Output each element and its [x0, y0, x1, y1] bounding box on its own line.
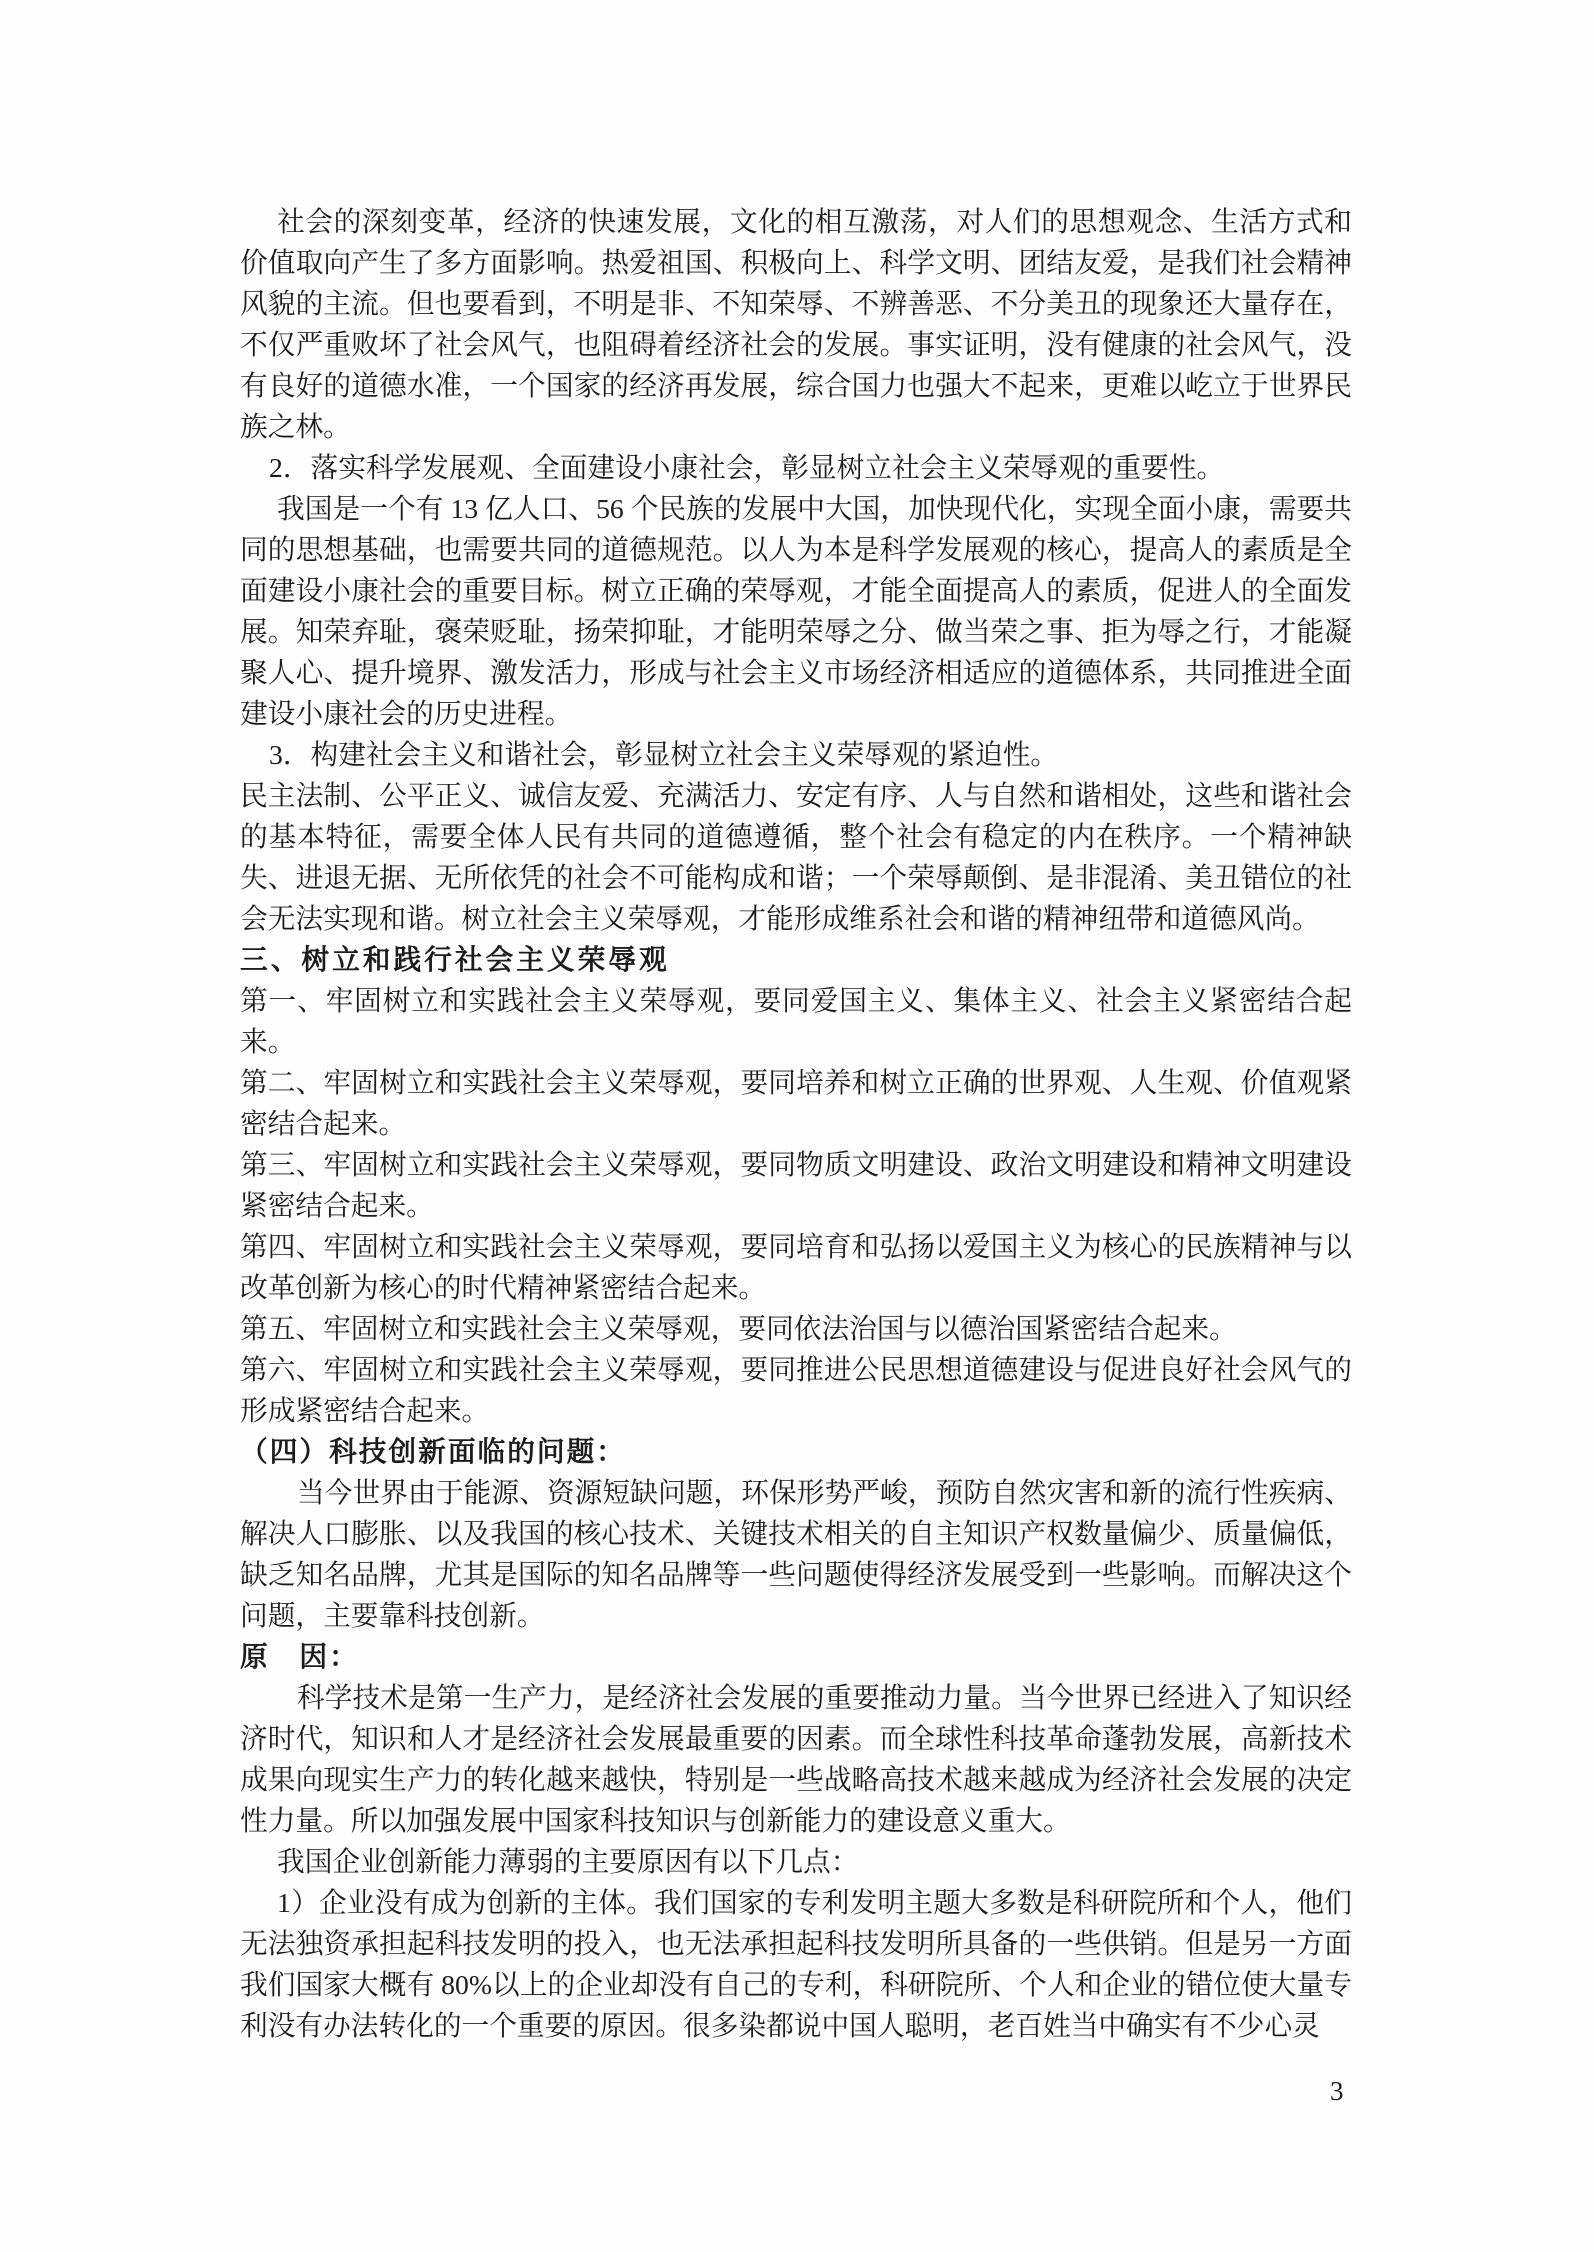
paragraph-sixth: 第六、牢固树立和实践社会主义荣辱观，要同推进公民思想道德建设与促进良好社会风气的…	[240, 1349, 1352, 1431]
paragraph-harmonious-society: 民主法制、公平正义、诚信友爱、充满活力、安定有序、人与自然和谐相处，这些和谐社会…	[240, 775, 1352, 939]
document-body: 社会的深刻变革，经济的快速发展，文化的相互激荡，对人们的思想观念、生活方式和价值…	[240, 201, 1352, 2046]
paragraph-science-first-productivity: 科学技术是第一生产力，是经济社会发展的重要推动力量。当今世界已经进入了知识经济时…	[240, 1677, 1352, 1841]
paragraph-third: 第三、牢固树立和实践社会主义荣辱观，要同物质文明建设、政治文明建设和精神文明建设…	[240, 1144, 1352, 1226]
paragraph-xiaokang: 我国是一个有 13 亿人口、56 个民族的发展中大国，加快现代化，实现全面小康，…	[240, 488, 1352, 734]
item-2-heading: 2．落实科学发展观、全面建设小康社会，彰显树立社会主义荣辱观的重要性。	[240, 447, 1352, 488]
item-3-heading: 3．构建社会主义和谐社会，彰显树立社会主义荣辱观的紧迫性。	[240, 734, 1352, 775]
paragraph-first: 第一、牢固树立和实践社会主义荣辱观，要同爱国主义、集体主义、社会主义紧密结合起来…	[240, 980, 1352, 1062]
paragraph-social-change: 社会的深刻变革，经济的快速发展，文化的相互激荡，对人们的思想观念、生活方式和价值…	[240, 201, 1352, 447]
paragraph-second: 第二、牢固树立和实践社会主义荣辱观，要同培养和树立正确的世界观、人生观、价值观紧…	[240, 1062, 1352, 1144]
paragraph-fifth: 第五、牢固树立和实践社会主义荣辱观，要同依法治国与以德治国紧密结合起来。	[240, 1308, 1352, 1349]
reason-heading: 原 因：	[240, 1636, 1352, 1677]
section-heading-three: 三、树立和践行社会主义荣辱观	[240, 939, 1352, 980]
paragraph-point-1: 1）企业没有成为创新的主体。我们国家的专利发明主题大多数是科研院所和个人，他们无…	[240, 1882, 1352, 2046]
paragraph-fourth: 第四、牢固树立和实践社会主义荣辱观，要同培育和弘扬以爱国主义为核心的民族精神与以…	[240, 1226, 1352, 1308]
document-page: 社会的深刻变革，经济的快速发展，文化的相互激荡，对人们的思想观念、生活方式和价值…	[0, 0, 1594, 2252]
paragraph-innovation-problems: 当今世界由于能源、资源短缺问题，环保形势严峻，预防自然灾害和新的流行性疾病、解决…	[240, 1472, 1352, 1636]
section-heading-four: （四）科技创新面临的问题：	[240, 1431, 1352, 1472]
page-number: 3	[1330, 2075, 1344, 2107]
paragraph-weak-innovation-intro: 我国企业创新能力薄弱的主要原因有以下几点：	[240, 1841, 1352, 1882]
